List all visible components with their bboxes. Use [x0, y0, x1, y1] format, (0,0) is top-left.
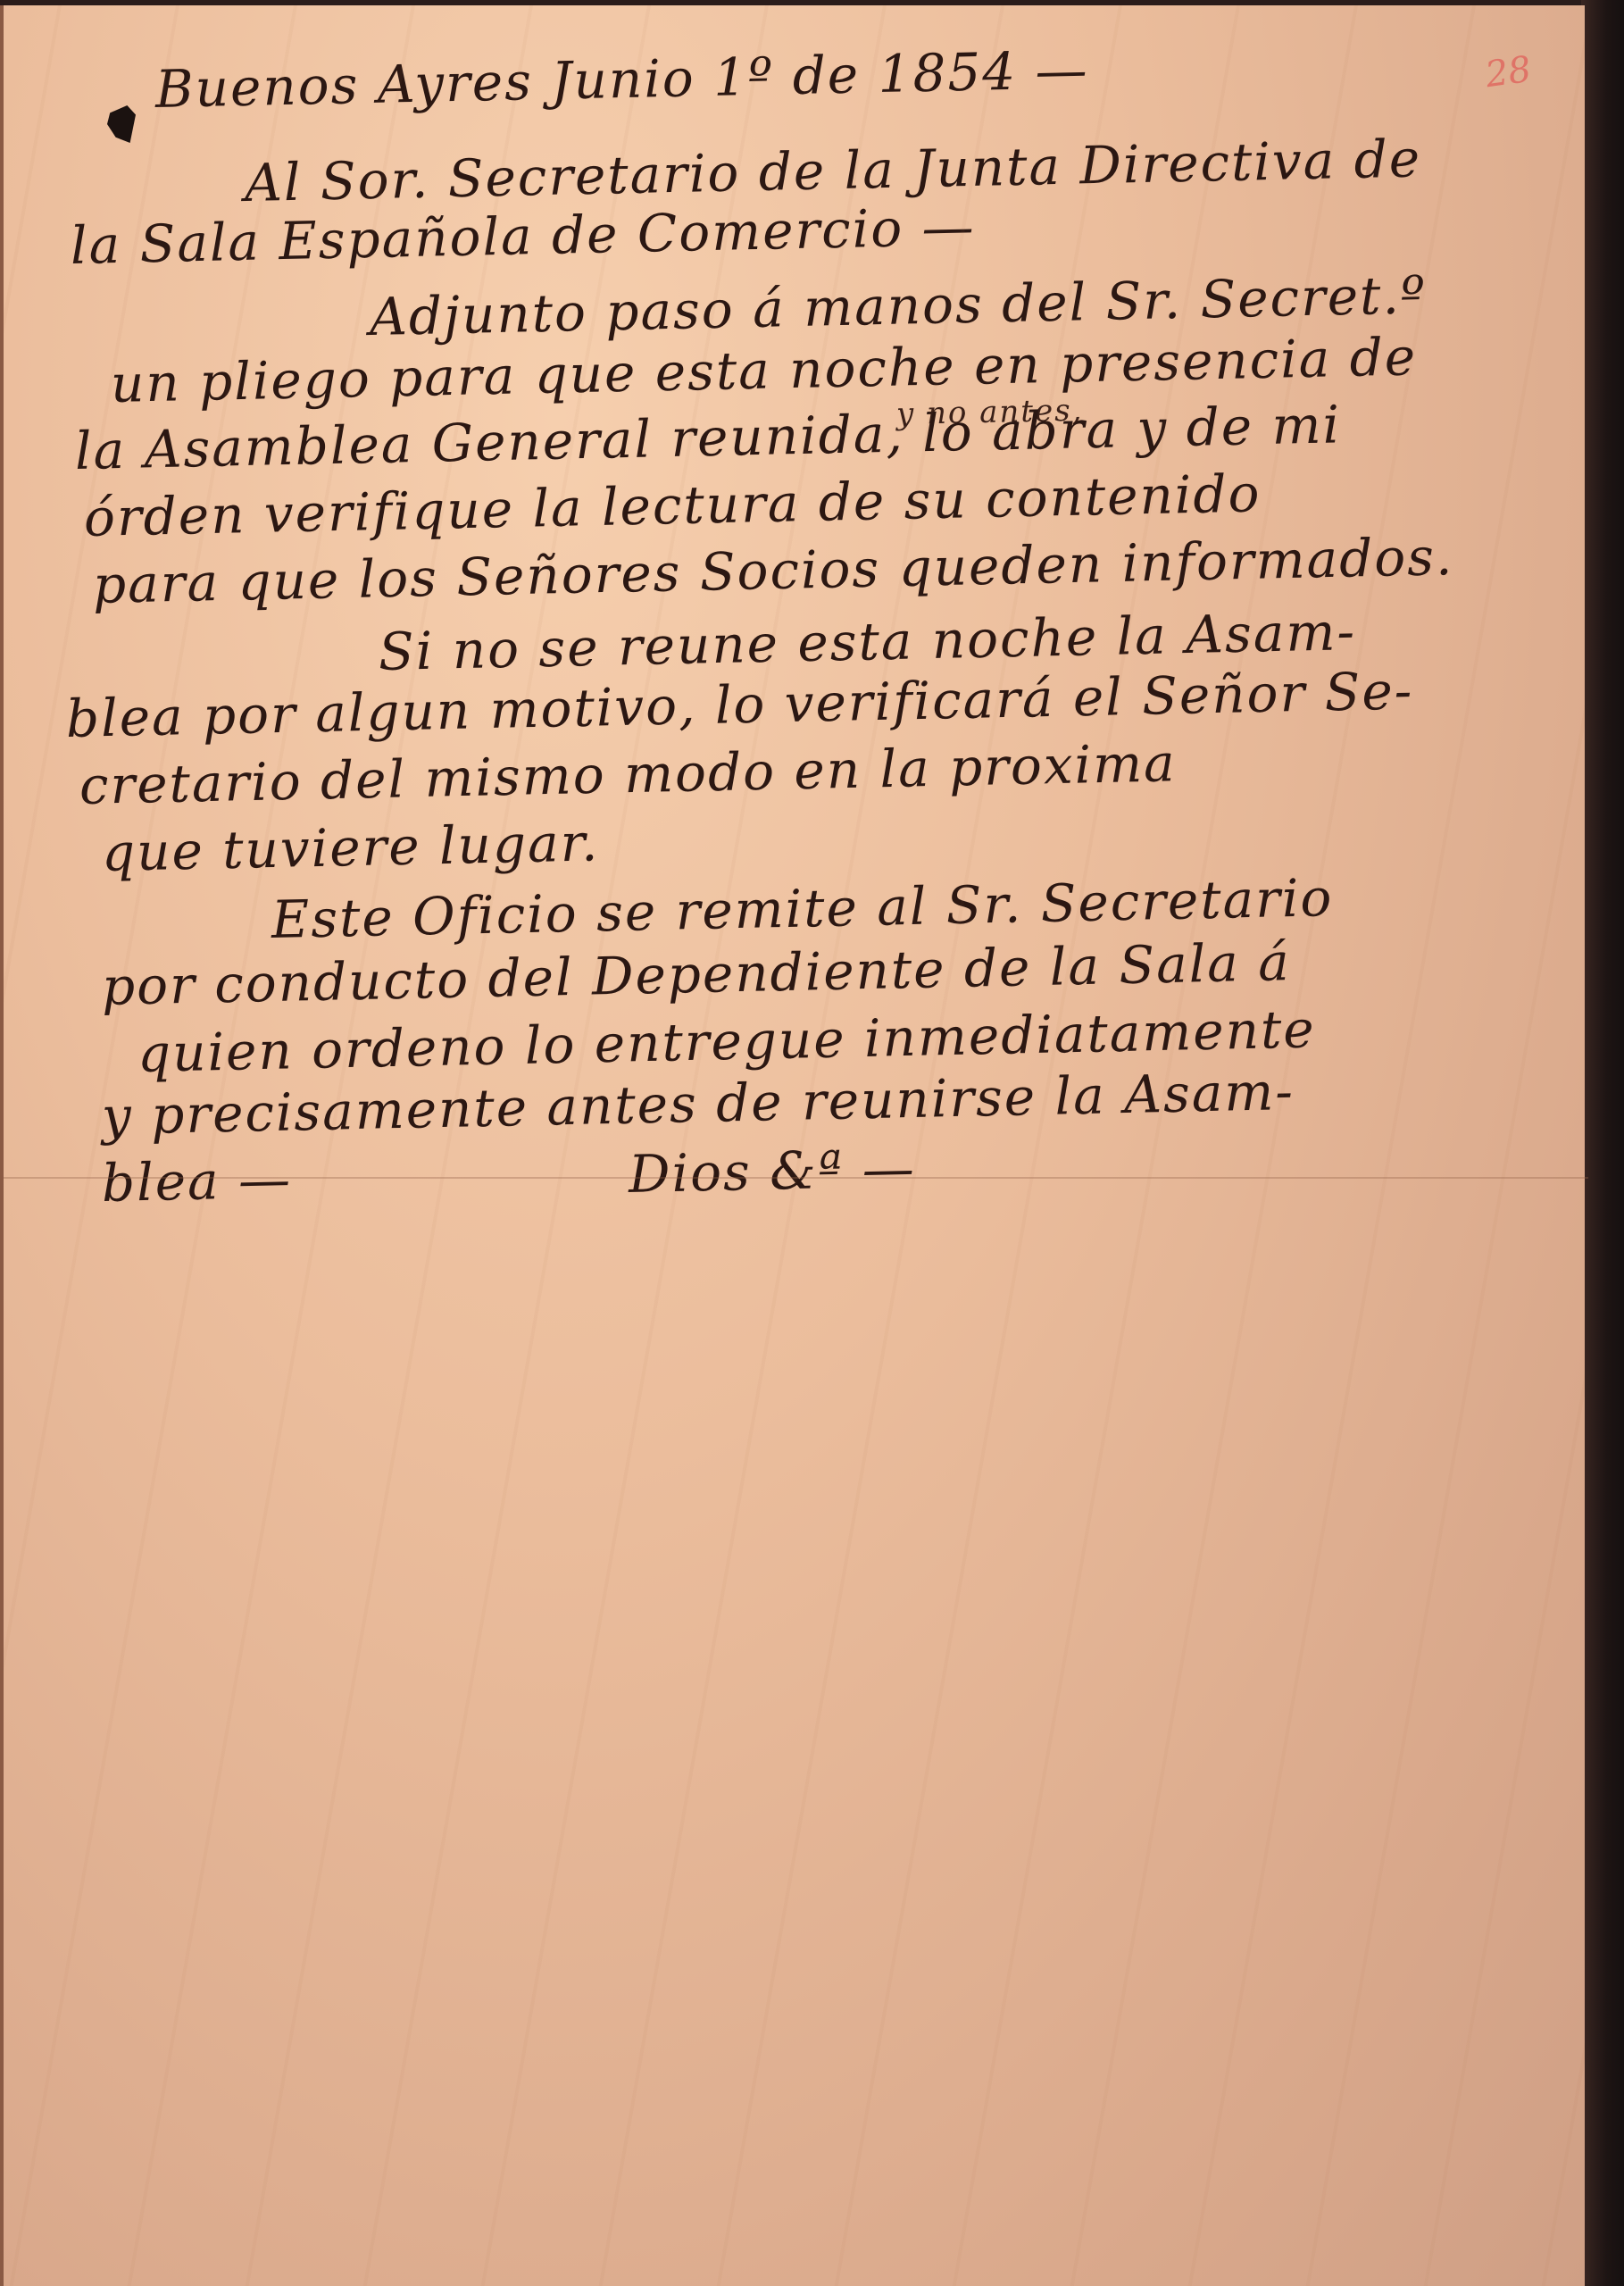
dark-background-edge: [1581, 0, 1624, 2286]
manuscript-page: 28 Buenos Ayres Junio 1º de 1854 — Al So…: [0, 5, 1585, 2286]
fold-line: [4, 1177, 1588, 1179]
body-line: blea por algun motivo, lo verificará el …: [65, 660, 1414, 749]
place-date: Buenos Ayres Junio 1º de 1854 —: [154, 39, 1089, 120]
addressee-line-2: la Sala Española de Comercio —: [70, 196, 976, 276]
closing-formula: Dios &ª —: [628, 1138, 916, 1205]
body-line: que tuviere lugar.: [101, 812, 600, 883]
body-line: blea —: [101, 1149, 292, 1214]
folio-number: 28: [1483, 49, 1534, 96]
paper-hole: [107, 105, 136, 143]
